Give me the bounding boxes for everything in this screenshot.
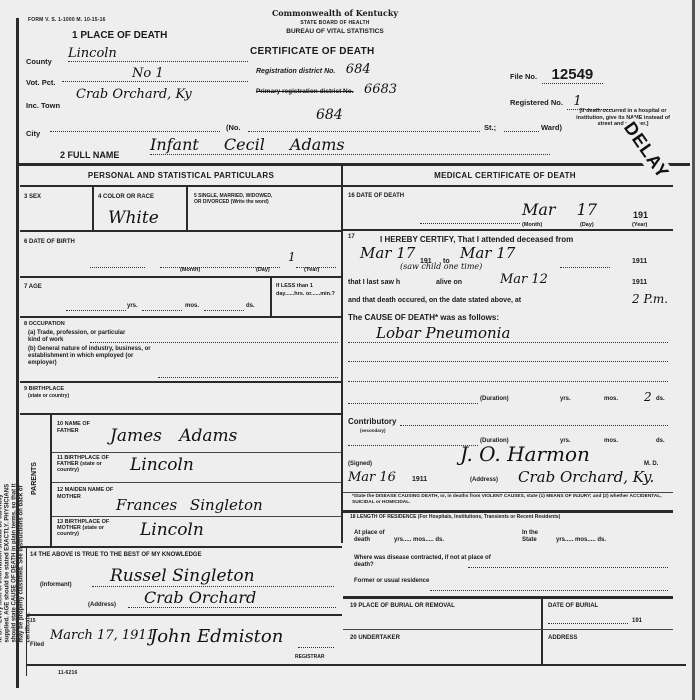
rule <box>186 186 188 230</box>
duration-dots <box>348 402 478 404</box>
primary-registration-row: Primary registration district No. 6683 <box>256 80 397 98</box>
dob-day-label: (Day) <box>256 267 270 274</box>
death-certificate: N. B.—Every item of information should b… <box>0 0 700 700</box>
county-value: Lincoln <box>68 46 248 62</box>
occupation-a-dots <box>90 337 338 343</box>
duration-ds: ds. <box>656 396 665 403</box>
occupation-b-dots <box>158 372 338 378</box>
birthplace-label: 9 BIRTHPLACE <box>24 386 64 393</box>
registrar-dots <box>298 642 334 648</box>
inc-town-value: Crab Orchard, Ky <box>76 87 256 102</box>
rule <box>52 516 342 517</box>
registrar-label: REGISTRAR <box>295 654 324 661</box>
primary-registration-value: 6683 <box>364 82 397 97</box>
sex-label: 3 SEX <box>24 194 41 201</box>
parents-label: PARENTS <box>31 462 38 495</box>
filed-date: March 17, 1911 <box>50 628 155 643</box>
burial-date-label: DATE OF BURIAL <box>548 603 598 610</box>
at-place-label: At place of death <box>354 530 394 544</box>
filed-number: 15 <box>30 618 36 625</box>
center-divider <box>341 163 343 543</box>
dod-value: Mar 17 <box>522 200 597 219</box>
mother-birthplace-value: Lincoln <box>140 520 204 540</box>
mother-name-value: Frances Singleton <box>116 496 263 514</box>
age-mos-dots <box>142 305 182 311</box>
signed-label: (Signed) <box>348 461 372 468</box>
burial-place-label: 19 PLACE OF BURIAL OR REMOVAL <box>350 603 455 610</box>
former-residence-dots <box>430 589 668 591</box>
father-birthplace-label: 11 BIRTHPLACE OF FATHER (state or countr… <box>57 455 117 473</box>
last-saw-label: that I last saw h <box>348 279 400 286</box>
attended-note: (saw child one time) <box>400 262 482 271</box>
bureau-title: BUREAU OF VITAL STATISTICS <box>250 28 420 35</box>
vot-pct-row: Vot. Pct. No 1 <box>26 72 226 86</box>
filed-label: Filed <box>30 642 44 649</box>
rule <box>343 596 673 599</box>
rule <box>20 185 342 187</box>
informant-address-label: (Address) <box>88 602 116 609</box>
dob-month-dots <box>90 262 145 268</box>
rule <box>343 492 673 493</box>
contributory-duration-ds: ds. <box>656 438 665 445</box>
in-state-units: yrs..... mos..... ds. <box>556 537 606 544</box>
father-name-label: 10 NAME OF FATHER <box>57 421 112 435</box>
burial-date-year: 191 <box>632 618 642 625</box>
dob-month-label: (Month) <box>180 267 200 274</box>
certify-text: I HEREBY CERTIFY, That I attended deceas… <box>380 235 573 244</box>
certificate-header: Commonwealth of Kentucky STATE BOARD OF … <box>250 8 420 35</box>
age-mos-label: mos. <box>185 303 199 310</box>
undertaker-label: 20 UNDERTAKER <box>350 635 400 642</box>
st-label: St.; <box>484 123 496 132</box>
marital-label: 5 SINGLE, MARRIED, WIDOWED, OR DIVORCED … <box>194 193 276 205</box>
rule <box>50 413 52 546</box>
file-no-value: 12549 <box>542 66 604 84</box>
cause-label: The CAUSE OF DEATH* was as follows: <box>348 313 499 322</box>
full-name-row: 2 FULL NAME Infant Cecil Adams <box>60 145 560 161</box>
personal-section-title: PERSONAL AND STATISTICAL PARTICULARS <box>22 171 340 180</box>
residence-label: 18 LENGTH OF RESIDENCE (For Hospitals, I… <box>350 514 670 520</box>
attended-to-dots <box>560 262 610 268</box>
ward-dots <box>504 123 539 132</box>
physician-address-label: (Address) <box>470 477 498 484</box>
undertaker-address-label: ADDRESS <box>548 635 577 642</box>
rule <box>343 185 673 187</box>
occupation-b-label: (b) General nature of industry, business… <box>28 346 158 367</box>
dod-dots <box>420 218 520 224</box>
rule <box>20 276 342 278</box>
medical-section-title: MEDICAL CERTIFICATE OF DEATH <box>345 171 665 180</box>
registrar-signature: John Edmiston <box>150 626 283 647</box>
no-label: (No. <box>226 123 241 132</box>
last-saw-value: Mar 12 <box>500 272 548 287</box>
signed-year: 1911 <box>412 476 427 483</box>
age-yrs-dots <box>66 305 126 311</box>
occupation-label: 8 OCCUPATION <box>24 321 65 328</box>
cause-line-2 <box>348 360 668 362</box>
vot-pct-label: Vot. Pct. <box>26 78 55 87</box>
dod-label: 16 DATE OF DEATH <box>348 193 404 200</box>
file-no-label: File No. <box>510 72 537 81</box>
cause-value: Lobar Pneumonia <box>348 324 668 343</box>
age-ds-dots <box>204 305 244 311</box>
disease-contracted-dots <box>468 566 668 568</box>
contributory-duration-mos: mos. <box>604 438 618 445</box>
dob-label: 6 DATE OF BIRTH <box>24 239 75 246</box>
death-time: 2 P.m. <box>632 292 668 306</box>
burial-date-dots <box>548 622 628 624</box>
duration-ds-value: 2 <box>644 390 652 404</box>
mother-name-label: 12 MAIDEN NAME OF MOTHER <box>57 487 117 501</box>
at-place-units: yrs..... mos..... ds. <box>394 537 444 544</box>
rule <box>20 546 342 548</box>
no-value: 684 <box>316 107 343 123</box>
age-label: 7 AGE <box>24 284 42 291</box>
last-saw-year: 1911 <box>632 279 647 286</box>
street-dots <box>248 123 480 132</box>
dod-day-label: (Day) <box>580 222 594 229</box>
dob-year-label: (Year) <box>304 267 319 274</box>
side-instructions: N. B.—Every item of information should b… <box>0 473 33 643</box>
informant-value: Russel Singleton <box>92 566 334 587</box>
birthplace-sub-label: (state or country) <box>28 393 69 400</box>
mother-birthplace-label: 13 BIRTHPLACE OF MOTHER (state or countr… <box>57 519 117 537</box>
attended-from: Mar 17 <box>360 244 415 262</box>
last-saw-mid: alive on <box>436 279 462 286</box>
rule <box>20 316 342 318</box>
certify-number: 17 <box>348 234 355 241</box>
informant-label: (Informant) <box>40 582 72 589</box>
county-label: County <box>26 57 52 66</box>
rule <box>92 186 94 230</box>
city-value <box>50 123 220 132</box>
age-ds-label: ds. <box>246 303 255 310</box>
color-value: White <box>108 208 159 228</box>
contributory-label: Contributory <box>348 417 396 426</box>
rule <box>20 381 342 383</box>
registration-district-value: 684 <box>346 62 371 77</box>
vot-pct-value: No 1 <box>62 66 248 82</box>
rule <box>52 482 342 483</box>
registration-district-row: Registration district No. 684 <box>256 60 371 78</box>
file-no-row: File No. 12549 <box>510 66 670 84</box>
duration-mos: mos. <box>604 396 618 403</box>
rule <box>343 510 673 513</box>
informant-address-value: Crab Orchard <box>128 588 336 608</box>
county-row: County Lincoln <box>26 51 226 65</box>
physician-signature: J. O. Harmon <box>460 442 590 466</box>
color-label: 4 COLOR OR RACE <box>98 194 154 201</box>
rule <box>20 230 342 232</box>
father-name-value: James Adams <box>110 426 237 446</box>
contributory-sub: (secondary) <box>360 427 386 434</box>
registered-no-label: Registered No. <box>510 98 563 107</box>
board-title: STATE BOARD OF HEALTH <box>250 20 420 26</box>
form-code: FORM V. S. 1-1000 M. 10-15-16 <box>28 17 106 23</box>
dod-month-label: (Month) <box>522 222 542 229</box>
physician-address-value: Crab Orchard, Ky. <box>518 468 654 486</box>
commonwealth-title: Commonwealth of Kentucky <box>250 8 420 18</box>
md-label: M. D. <box>644 461 658 468</box>
rule <box>26 614 342 616</box>
attended-to-year: 1911 <box>632 258 647 265</box>
full-name-value: Infant Cecil Adams <box>150 135 550 155</box>
full-name-label: 2 FULL NAME <box>60 150 119 160</box>
attended-to: Mar 17 <box>460 244 515 262</box>
contributory-duration-dots <box>348 444 478 446</box>
rule <box>343 629 673 630</box>
rule <box>343 229 673 231</box>
rule <box>26 664 686 666</box>
rule <box>541 598 543 664</box>
in-state-label: In the State <box>522 530 552 544</box>
certificate-title: CERTIFICATE OF DEATH <box>250 46 375 57</box>
duration-label: (Duration) <box>480 396 509 403</box>
inc-town-row: Inc. Town Crab Orchard, Ky <box>26 95 246 109</box>
age-yrs-label: yrs. <box>127 303 138 310</box>
rule <box>20 413 342 415</box>
top-rule <box>18 163 690 166</box>
signed-date: Mar 16 <box>348 470 396 485</box>
right-edge <box>692 0 695 700</box>
cause-line-3 <box>348 380 668 382</box>
informant-heading: 14 THE ABOVE IS TRUE TO THE BEST OF MY K… <box>30 552 202 559</box>
inc-town-label: Inc. Town <box>26 101 60 110</box>
death-occurred-text: and that death occured, on the date stat… <box>348 297 521 304</box>
father-birthplace-value: Lincoln <box>130 455 194 475</box>
cause-footnote: *State the DISEASE CAUSING DEATH, or, in… <box>352 494 668 506</box>
rule <box>52 452 342 453</box>
city-label: City <box>26 129 40 138</box>
contributory-dots <box>400 424 668 426</box>
rule <box>270 276 272 316</box>
primary-registration-label: Primary registration district No. <box>256 88 354 95</box>
dod-year: 191 <box>633 210 648 220</box>
less-than-day-note: If LESS than 1 day......hrs. or......min… <box>276 282 338 298</box>
duration-yrs: yrs. <box>560 396 571 403</box>
ward-label: Ward) <box>541 123 562 132</box>
former-residence-label: Former or usual residence <box>354 578 434 585</box>
dod-year-label: (Year) <box>632 222 647 229</box>
place-of-death-heading: 1 PLACE OF DEATH <box>72 30 167 41</box>
registration-district-label: Registration district No. <box>256 68 335 75</box>
rule <box>26 546 27 676</box>
form-footer-code: 11-6216 <box>58 670 77 676</box>
dob-year-value: 1 <box>288 250 296 264</box>
